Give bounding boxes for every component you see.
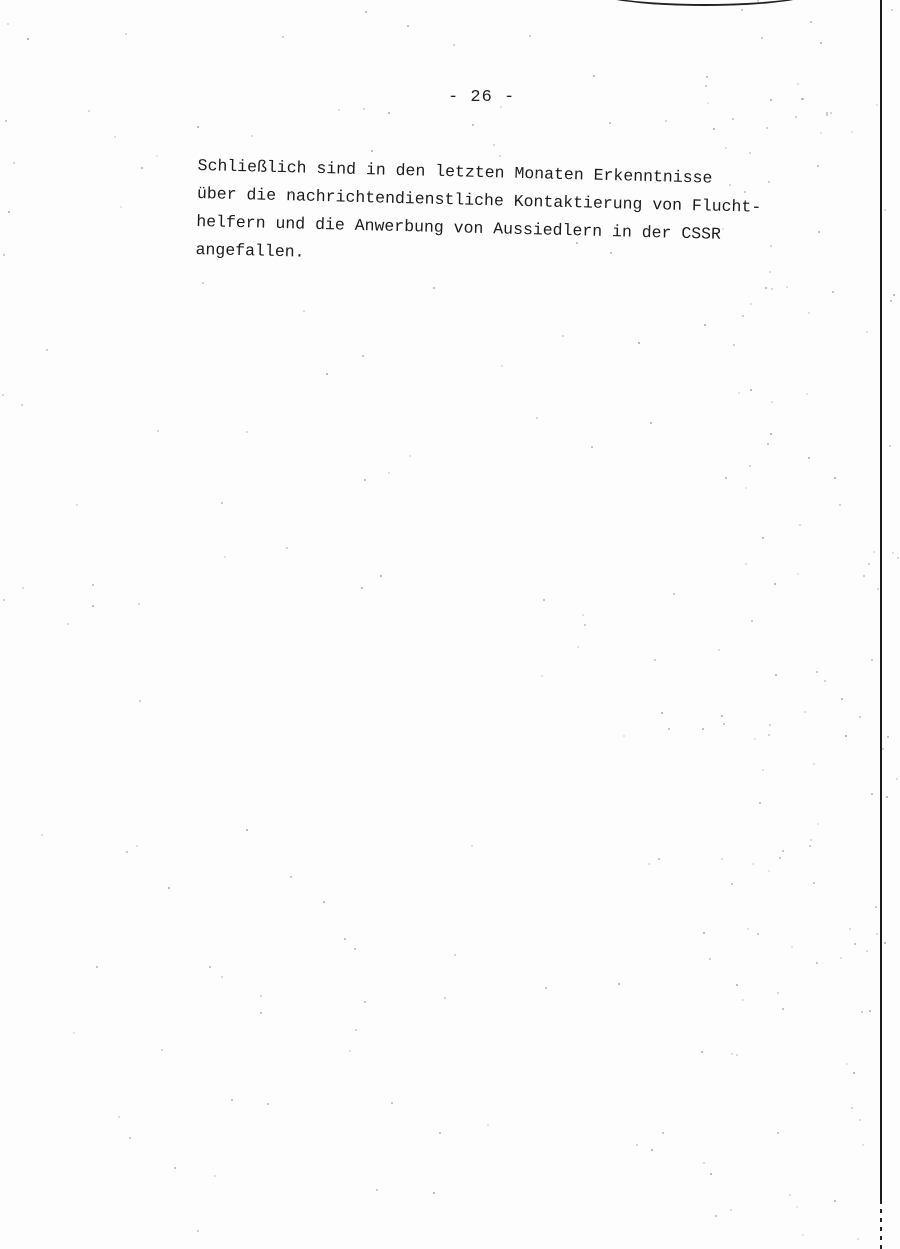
scanned-page: - 26 - Schließlich sind in den letzten M…: [0, 0, 900, 1249]
page-edge-top: [590, 0, 820, 6]
page-number: - 26 -: [448, 88, 515, 107]
body-paragraph: Schließlich sind in den letzten Monaten …: [195, 152, 878, 281]
page-edge-right-dashed: [880, 1200, 882, 1249]
page-edge-right: [880, 0, 882, 1200]
